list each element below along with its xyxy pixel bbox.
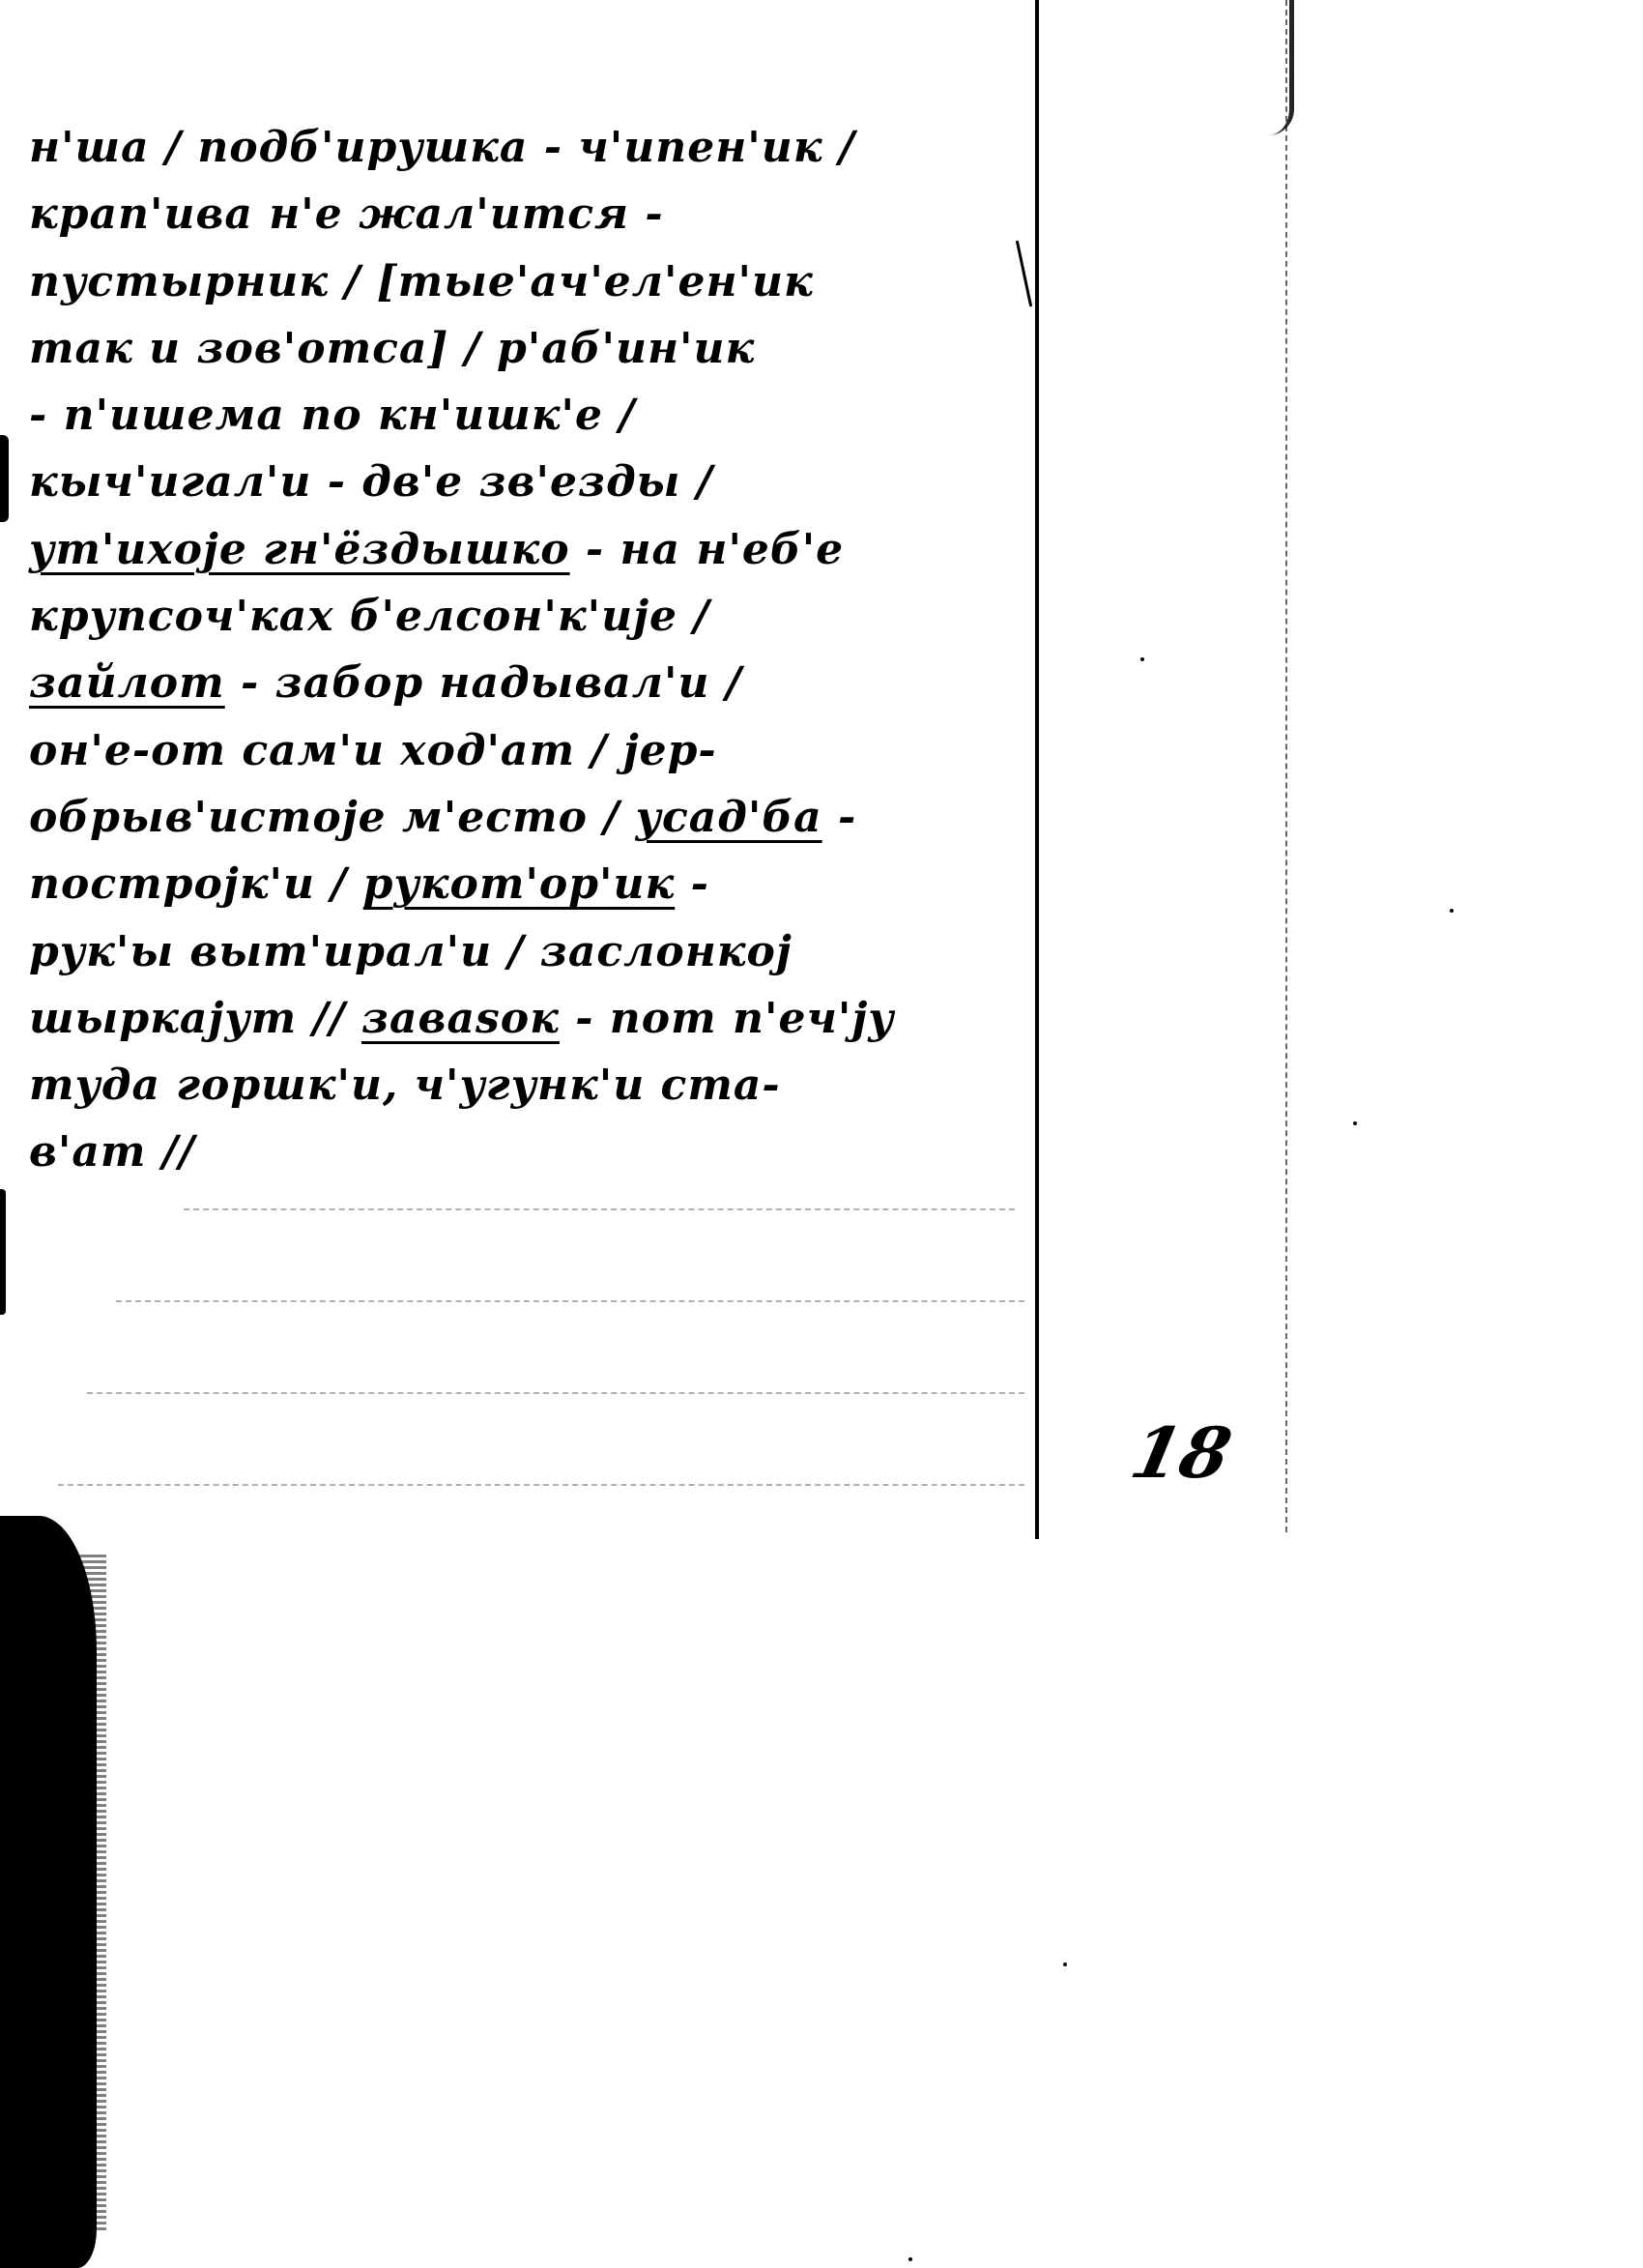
text-line: кыч'игал'и - дв'е зв'езды / [29, 449, 1034, 515]
underlined-term: ут'ихоје гн'ёздышко [29, 525, 570, 574]
text-segment: туда горшк'и, ч'угунк'и ста- [29, 1061, 781, 1110]
text-line: ут'ихоје гн'ёздышко - на н'еб'е [29, 516, 1034, 583]
underlined-term: зайлот [29, 658, 225, 708]
handwritten-text-block: н'ша / подб'ирушка - ч'ипен'ик /крап'ива… [29, 114, 1034, 1186]
text-line: пустырник / [тые'ач'ел'ен'ик [29, 248, 1034, 315]
faint-ruled-line [116, 1300, 1024, 1302]
margin-rule-line [1035, 0, 1039, 1539]
text-segment: - пот п'еч'ју [560, 994, 895, 1043]
text-line: рук'ы выт'ирал'и / заслонкој [29, 918, 1034, 985]
scan-speck [1140, 657, 1144, 661]
text-segment: - [822, 793, 857, 842]
text-segment: кыч'игал'и - дв'е зв'езды / [29, 457, 713, 507]
underlined-term: усад'ба [636, 793, 822, 842]
scan-speck [1353, 1121, 1357, 1125]
text-line: н'ша / подб'ирушка - ч'ипен'ик / [29, 114, 1034, 181]
text-line: шыркајут // заваѕок - пот п'еч'ју [29, 985, 1034, 1052]
text-line: обрыв'истоје м'есто / усад'ба - [29, 784, 1034, 851]
text-segment: крап'ива н'е жал'ится - [29, 189, 664, 239]
text-line: - п'ишема по кн'ишк'е / [29, 382, 1034, 449]
text-segment: он'е-от сам'и ход'ат / јер- [29, 726, 717, 775]
scan-speck [908, 2257, 912, 2261]
binding-mark [0, 435, 9, 522]
text-line: он'е-от сам'и ход'ат / јер- [29, 717, 1034, 784]
faint-ruled-line [87, 1392, 1024, 1394]
scanned-page: н'ша / подб'ирушка - ч'ипен'ик /крап'ива… [0, 0, 1643, 2268]
text-segment: так и зов'отса] / р'аб'ин'ик [29, 324, 755, 373]
text-segment: постројк'и / [29, 859, 363, 909]
text-line: так и зов'отса] / р'аб'ин'ик [29, 315, 1034, 382]
page-edge-line [1285, 0, 1287, 1532]
text-line: постројк'и / рукот'ор'ик - [29, 851, 1034, 917]
text-segment: - забор надывал'и / [225, 658, 742, 708]
text-segment: крупсоч'ках б'елсон'к'ије / [29, 592, 709, 641]
text-segment: - п'ишема по кн'ишк'е / [29, 391, 635, 440]
text-line: крупсоч'ках б'елсон'к'ије / [29, 583, 1034, 650]
text-line: туда горшк'и, ч'угунк'и ста- [29, 1052, 1034, 1119]
scan-speck [1063, 1963, 1067, 1966]
text-segment: обрыв'истоје м'есто / [29, 793, 636, 842]
text-line: крап'ива н'е жал'ится - [29, 181, 1034, 247]
underlined-term: заваѕок [361, 994, 560, 1043]
text-line: зайлот - забор надывал'и / [29, 650, 1034, 716]
underlined-term: рукот'ор'ик [363, 859, 676, 909]
faint-ruled-line [58, 1484, 1024, 1486]
faint-ruled-line [184, 1208, 1015, 1210]
page-number: 18 [1123, 1410, 1238, 1497]
page-edge-curl [1268, 0, 1294, 135]
text-line: в'ат // [29, 1119, 1034, 1185]
text-segment: шыркајут // [29, 994, 361, 1043]
scan-shadow [0, 1516, 97, 2268]
text-segment: н'ша / подб'ирушка - ч'ипен'ик / [29, 123, 855, 172]
scan-speck [1450, 909, 1454, 913]
text-segment: - на н'еб'е [570, 525, 845, 574]
text-segment: в'ат // [29, 1127, 195, 1177]
text-segment: пустырник / [тые'ач'ел'ен'ик [29, 257, 814, 306]
text-segment: рук'ы выт'ирал'и / заслонкој [29, 927, 793, 976]
binding-mark-lower [0, 1189, 6, 1315]
text-segment: - [675, 859, 709, 909]
